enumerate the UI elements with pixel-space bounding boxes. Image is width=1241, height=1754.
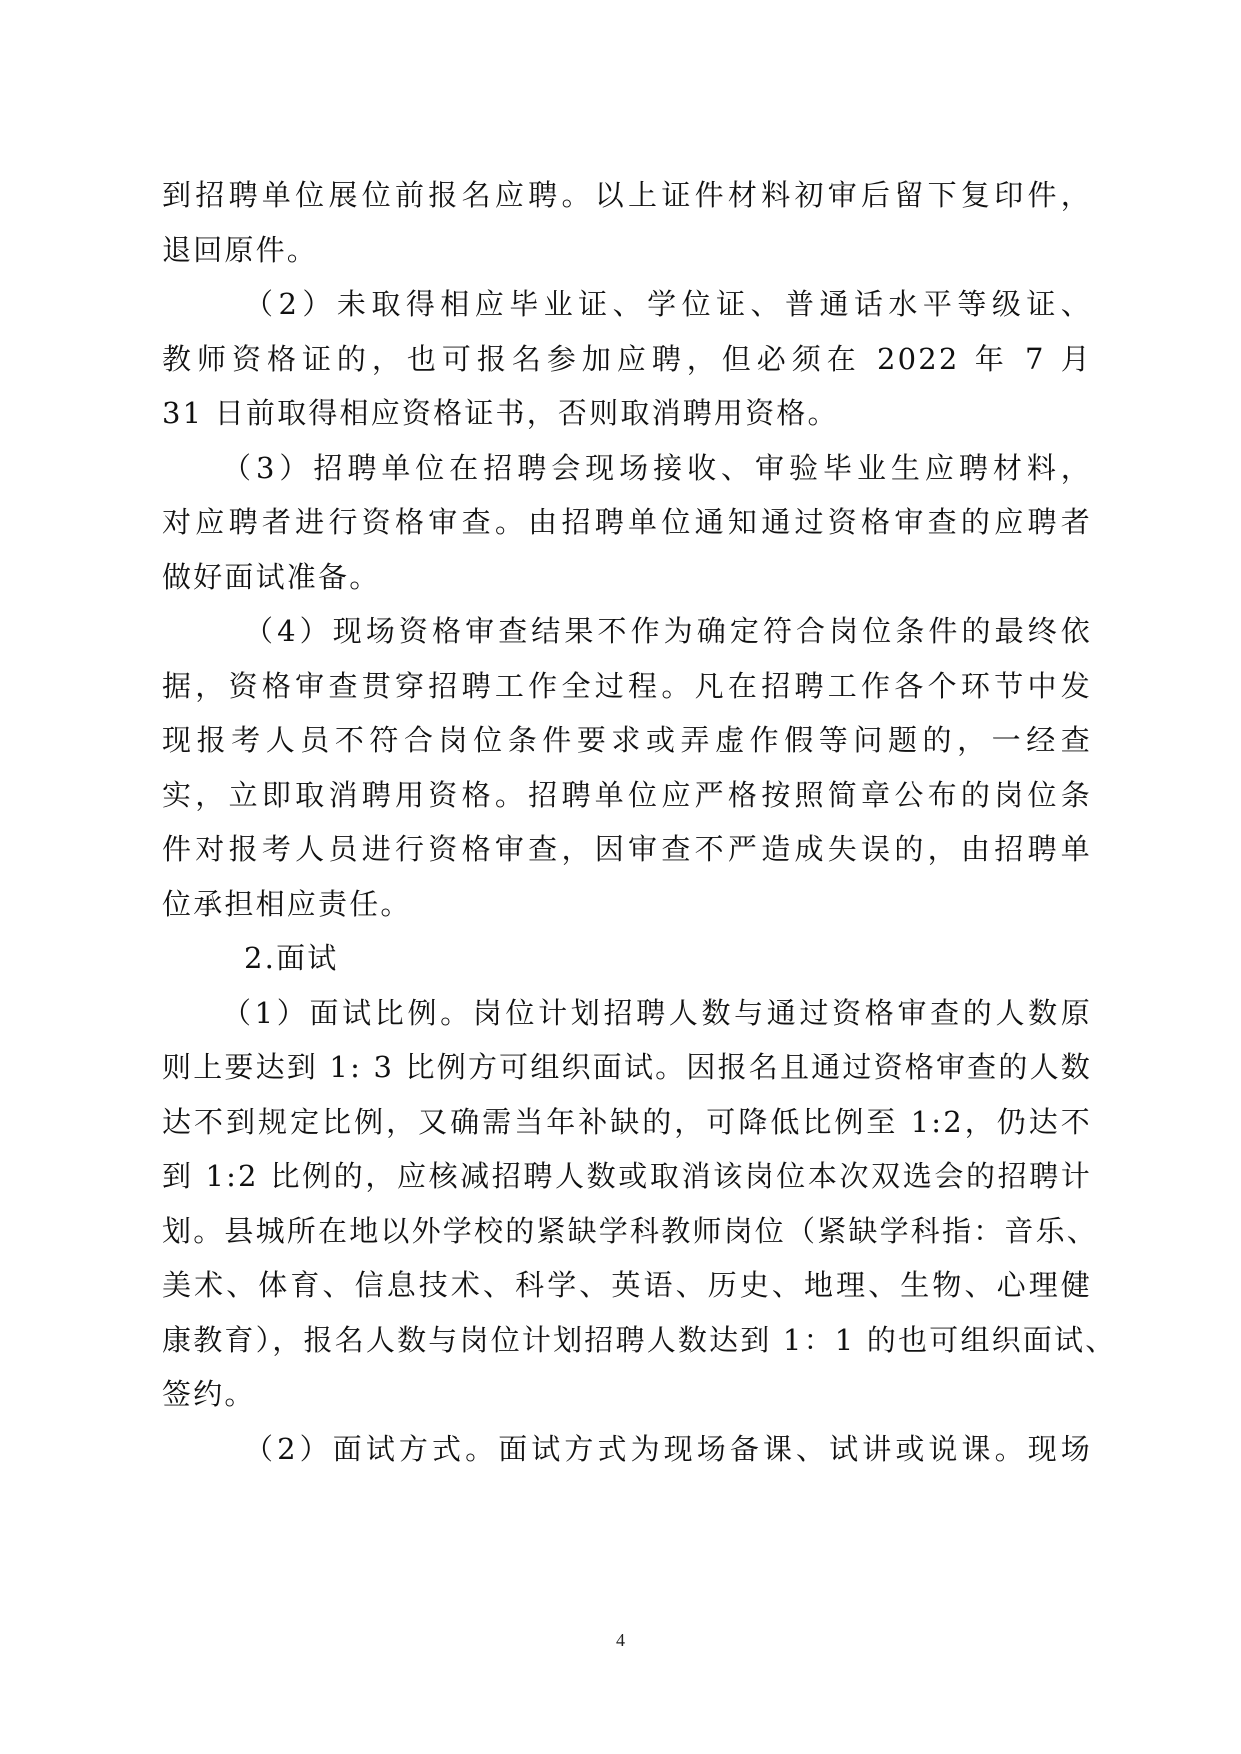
text-line: 达不到规定比例，又确需当年补缺的，可降低比例至 1:2，仍达不 (162, 1095, 1092, 1150)
text-line: 现报考人员不符合岗位条件要求或弄虚作假等问题的，一经查 (162, 713, 1092, 768)
text-line: 划。县城所在地以外学校的紧缺学科教师岗位（紧缺学科指：音乐、 (162, 1204, 1092, 1259)
text-line: 实，立即取消聘用资格。招聘单位应严格按照简章公布的岗位条 (162, 768, 1092, 823)
document-page: 到招聘单位展位前报名应聘。以上证件材料初审后留下复印件，退回原件。（2）未取得相… (0, 0, 1241, 1754)
text-line: （3）招聘单位在招聘会现场接收、审验毕业生应聘材料， (162, 441, 1092, 496)
text-line: 据，资格审查贯穿招聘工作全过程。凡在招聘工作各个环节中发 (162, 659, 1092, 714)
text-line: 到招聘单位展位前报名应聘。以上证件材料初审后留下复印件， (162, 168, 1092, 223)
text-line: 签约。 (162, 1367, 1092, 1422)
text-line: 对应聘者进行资格审查。由招聘单位通知通过资格审查的应聘者 (162, 495, 1092, 550)
text-line: 件对报考人员进行资格审查，因审查不严造成失误的，由招聘单 (162, 822, 1092, 877)
text-line: 2.面试 (162, 931, 1092, 986)
text-line: 则上要达到 1: 3 比例方可组织面试。因报名且通过资格审查的人数 (162, 1040, 1092, 1095)
text-line: 康教育），报名人数与岗位计划招聘人数达到 1：1 的也可组织面试、 (162, 1313, 1092, 1368)
document-body: 到招聘单位展位前报名应聘。以上证件材料初审后留下复印件，退回原件。（2）未取得相… (162, 168, 1092, 1476)
text-line: （1）面试比例。岗位计划招聘人数与通过资格审查的人数原 (162, 986, 1092, 1041)
page-number: 4 (0, 1630, 1241, 1651)
text-line: 教师资格证的，也可报名参加应聘，但必须在 2022 年 7 月 (162, 332, 1092, 387)
text-line: 到 1:2 比例的，应核减招聘人数或取消该岗位本次双选会的招聘计 (162, 1149, 1092, 1204)
text-line: 做好面试准备。 (162, 550, 1092, 605)
text-line: 退回原件。 (162, 223, 1092, 278)
text-line: 位承担相应责任。 (162, 877, 1092, 932)
text-line: 美术、体育、信息技术、科学、英语、历史、地理、生物、心理健 (162, 1258, 1092, 1313)
text-line: （2）未取得相应毕业证、学位证、普通话水平等级证、 (162, 277, 1092, 332)
text-line: （2）面试方式。面试方式为现场备课、试讲或说课。现场 (162, 1422, 1092, 1477)
text-line: （4）现场资格审查结果不作为确定符合岗位条件的最终依 (162, 604, 1092, 659)
text-line: 31 日前取得相应资格证书，否则取消聘用资格。 (162, 386, 1092, 441)
